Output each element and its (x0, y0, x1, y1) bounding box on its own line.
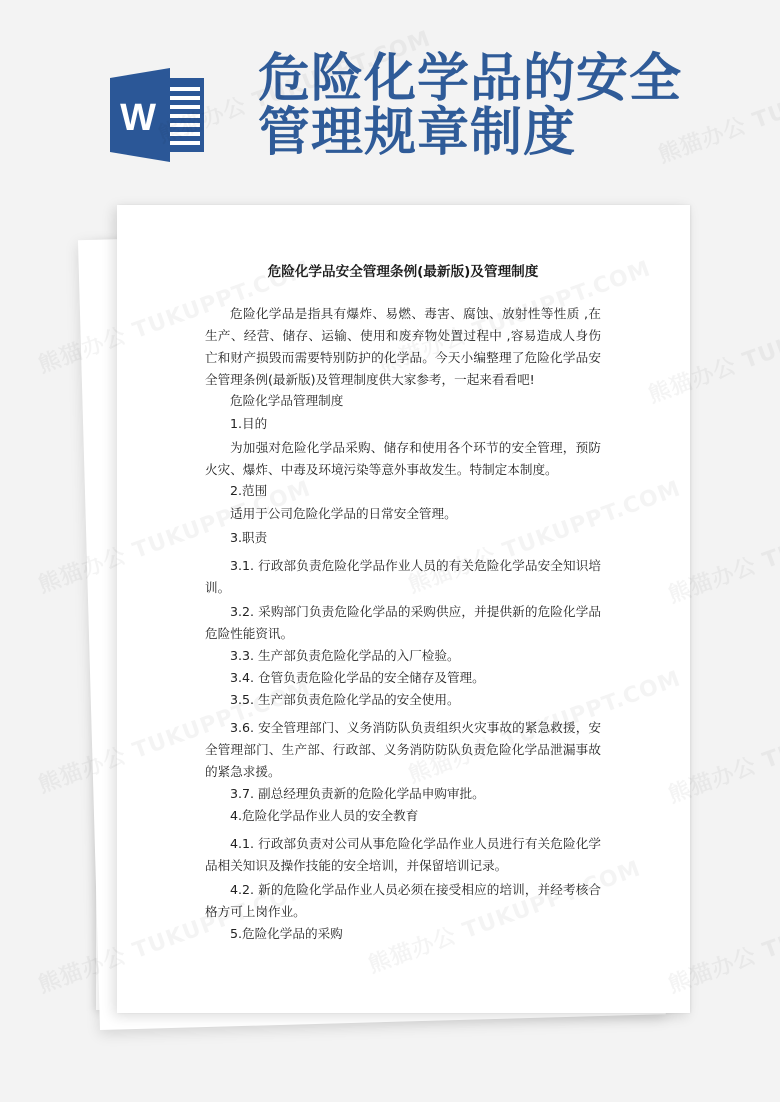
section-heading: 1.目的 (205, 413, 601, 435)
document-body: 危险化学品安全管理条例(最新版)及管理制度 危险化学品是指具有爆炸、易燃、毒害、… (205, 261, 601, 945)
section-heading: 5.危险化学品的采购 (205, 923, 601, 945)
document-page: 危险化学品安全管理条例(最新版)及管理制度 危险化学品是指具有爆炸、易燃、毒害、… (117, 205, 690, 1013)
paragraph: 适用于公司危险化学品的日常安全管理。 (205, 503, 601, 525)
hero-title-line-2: 管理规章制度 (258, 106, 682, 160)
section-heading: 2.范围 (205, 481, 601, 501)
document-title: 危险化学品安全管理条例(最新版)及管理制度 (193, 261, 613, 283)
paragraph: 为加强对危险化学品采购、储存和使用各个环节的安全管理，预防火灾、爆炸、中毒及环境… (205, 437, 601, 481)
paragraph: 3.3. 生产部负责危险化学品的入厂检验。 (205, 645, 601, 667)
intro-paragraph: 危险化学品是指具有爆炸、易燃、毒害、腐蚀、放射性等性质 ,在生产、经营、储存、运… (205, 303, 601, 391)
paragraph: 4.1. 行政部负责对公司从事危险化学品作业人员进行有关危险化学品相关知识及操作… (205, 833, 601, 877)
paragraph: 3.7. 副总经理负责新的危险化学品申购审批。 (205, 783, 601, 805)
paragraph: 3.5. 生产部负责危险化学品的安全使用。 (205, 689, 601, 711)
section-heading: 3.职责 (205, 527, 601, 549)
paragraph: 3.1. 行政部负责危险化学品作业人员的有关危险化学品安全知识培训。 (205, 555, 601, 599)
section-heading: 4.危险化学品作业人员的安全教育 (205, 805, 601, 827)
svg-text:W: W (120, 97, 156, 139)
paragraph: 3.4. 仓管负责危险化学品的安全储存及管理。 (205, 667, 601, 689)
word-document-icon: W (108, 68, 208, 162)
hero-title-line-1: 危险化学品的安全 (258, 52, 682, 106)
hero-title: 危险化学品的安全 管理规章制度 (258, 52, 682, 160)
paragraph: 3.2. 采购部门负责危险化学品的采购供应，并提供新的危险化学品危险性能资讯。 (205, 601, 601, 645)
paragraph: 3.6. 安全管理部门、义务消防队负责组织火灾事故的紧急救援，安全管理部门、生产… (205, 717, 601, 783)
section-heading: 危险化学品管理制度 (205, 391, 601, 411)
paragraph: 4.2. 新的危险化学品作业人员必须在接受相应的培训，并经考核合格方可上岗作业。 (205, 879, 601, 923)
